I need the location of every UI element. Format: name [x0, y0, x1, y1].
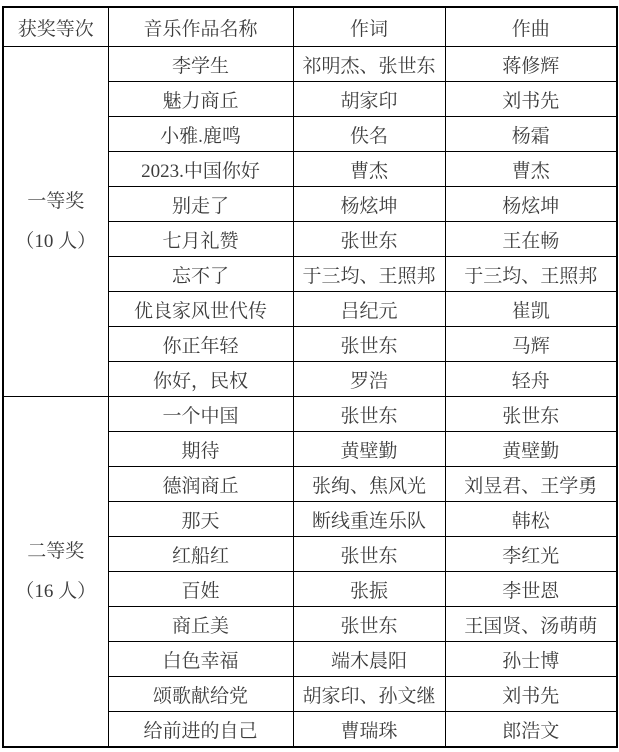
composer-cell: 蒋修辉	[445, 47, 617, 82]
song-title-cell: 忘不了	[108, 257, 293, 292]
song-title-cell: 商丘美	[108, 607, 293, 642]
composer-cell: 孙士博	[445, 642, 617, 677]
lyricist-cell: 罗浩	[293, 362, 445, 397]
header-composer: 作曲	[445, 7, 617, 47]
table-row: 一等奖（10 人）李学生祁明杰、张世东蒋修辉	[3, 47, 617, 82]
composer-cell: 黄壁勤	[445, 432, 617, 467]
composer-cell: 杨炫坤	[445, 187, 617, 222]
lyricist-cell: 张振	[293, 572, 445, 607]
lyricist-cell: 祁明杰、张世东	[293, 47, 445, 82]
lyricist-cell: 张绚、焦风光	[293, 467, 445, 502]
composer-cell: 王国贤、汤萌萌	[445, 607, 617, 642]
song-title-cell: 给前进的自己	[108, 712, 293, 748]
composer-cell: 韩松	[445, 502, 617, 537]
composer-cell: 曹杰	[445, 152, 617, 187]
song-title-cell: 别走了	[108, 187, 293, 222]
song-title-cell: 优良家风世代传	[108, 292, 293, 327]
award-level-label: 一等奖	[4, 182, 108, 222]
lyricist-cell: 曹瑞珠	[293, 712, 445, 748]
lyricist-cell: 张世东	[293, 222, 445, 257]
table-row: 二等奖（16 人）一个中国张世东张世东	[3, 397, 617, 432]
header-lyricist: 作词	[293, 7, 445, 47]
song-title-cell: 你好，民权	[108, 362, 293, 397]
composer-cell: 轻舟	[445, 362, 617, 397]
awards-table-container: 获奖等次 音乐作品名称 作词 作曲 一等奖（10 人）李学生祁明杰、张世东蒋修辉…	[2, 6, 618, 748]
composer-cell: 马辉	[445, 327, 617, 362]
composer-cell: 刘书先	[445, 82, 617, 117]
lyricist-cell: 胡家印、孙文继	[293, 677, 445, 712]
page: { "table": { "headers": ["获奖等次", "音乐作品名称…	[0, 0, 619, 752]
composer-cell: 杨霜	[445, 117, 617, 152]
header-work-title: 音乐作品名称	[108, 7, 293, 47]
lyricist-cell: 于三均、王照邦	[293, 257, 445, 292]
song-title-cell: 百姓	[108, 572, 293, 607]
composer-cell: 李世恩	[445, 572, 617, 607]
song-title-cell: 白色幸福	[108, 642, 293, 677]
award-level-label: 二等奖	[4, 532, 108, 572]
song-title-cell: 李学生	[108, 47, 293, 82]
awards-table: 获奖等次 音乐作品名称 作词 作曲 一等奖（10 人）李学生祁明杰、张世东蒋修辉…	[2, 6, 618, 748]
lyricist-cell: 曹杰	[293, 152, 445, 187]
song-title-cell: 你正年轻	[108, 327, 293, 362]
composer-cell: 于三均、王照邦	[445, 257, 617, 292]
composer-cell: 王在畅	[445, 222, 617, 257]
composer-cell: 郎浩文	[445, 712, 617, 748]
composer-cell: 崔凯	[445, 292, 617, 327]
song-title-cell: 魅力商丘	[108, 82, 293, 117]
song-title-cell: 小雅.鹿鸣	[108, 117, 293, 152]
composer-cell: 李红光	[445, 537, 617, 572]
song-title-cell: 颂歌献给党	[108, 677, 293, 712]
lyricist-cell: 端木晨阳	[293, 642, 445, 677]
header-row: 获奖等次 音乐作品名称 作词 作曲	[3, 7, 617, 47]
composer-cell: 刘书先	[445, 677, 617, 712]
song-title-cell: 一个中国	[108, 397, 293, 432]
award-count-label: （16 人）	[4, 572, 108, 612]
lyricist-cell: 胡家印	[293, 82, 445, 117]
lyricist-cell: 黄壁勤	[293, 432, 445, 467]
lyricist-cell: 杨炫坤	[293, 187, 445, 222]
award-count-label: （10 人）	[4, 222, 108, 262]
lyricist-cell: 张世东	[293, 327, 445, 362]
header-award-level: 获奖等次	[3, 7, 108, 47]
song-title-cell: 红船红	[108, 537, 293, 572]
composer-cell: 刘昱君、王学勇	[445, 467, 617, 502]
song-title-cell: 期待	[108, 432, 293, 467]
lyricist-cell: 张世东	[293, 397, 445, 432]
song-title-cell: 七月礼赞	[108, 222, 293, 257]
lyricist-cell: 佚名	[293, 117, 445, 152]
table-body: 一等奖（10 人）李学生祁明杰、张世东蒋修辉魅力商丘胡家印刘书先小雅.鹿鸣佚名杨…	[3, 47, 617, 748]
song-title-cell: 那天	[108, 502, 293, 537]
composer-cell: 张世东	[445, 397, 617, 432]
song-title-cell: 德润商丘	[108, 467, 293, 502]
award-group-cell: 一等奖（10 人）	[3, 47, 108, 397]
lyricist-cell: 张世东	[293, 537, 445, 572]
song-title-cell: 2023.中国你好	[108, 152, 293, 187]
award-group-cell: 二等奖（16 人）	[3, 397, 108, 748]
lyricist-cell: 张世东	[293, 607, 445, 642]
lyricist-cell: 断线重连乐队	[293, 502, 445, 537]
lyricist-cell: 吕纪元	[293, 292, 445, 327]
